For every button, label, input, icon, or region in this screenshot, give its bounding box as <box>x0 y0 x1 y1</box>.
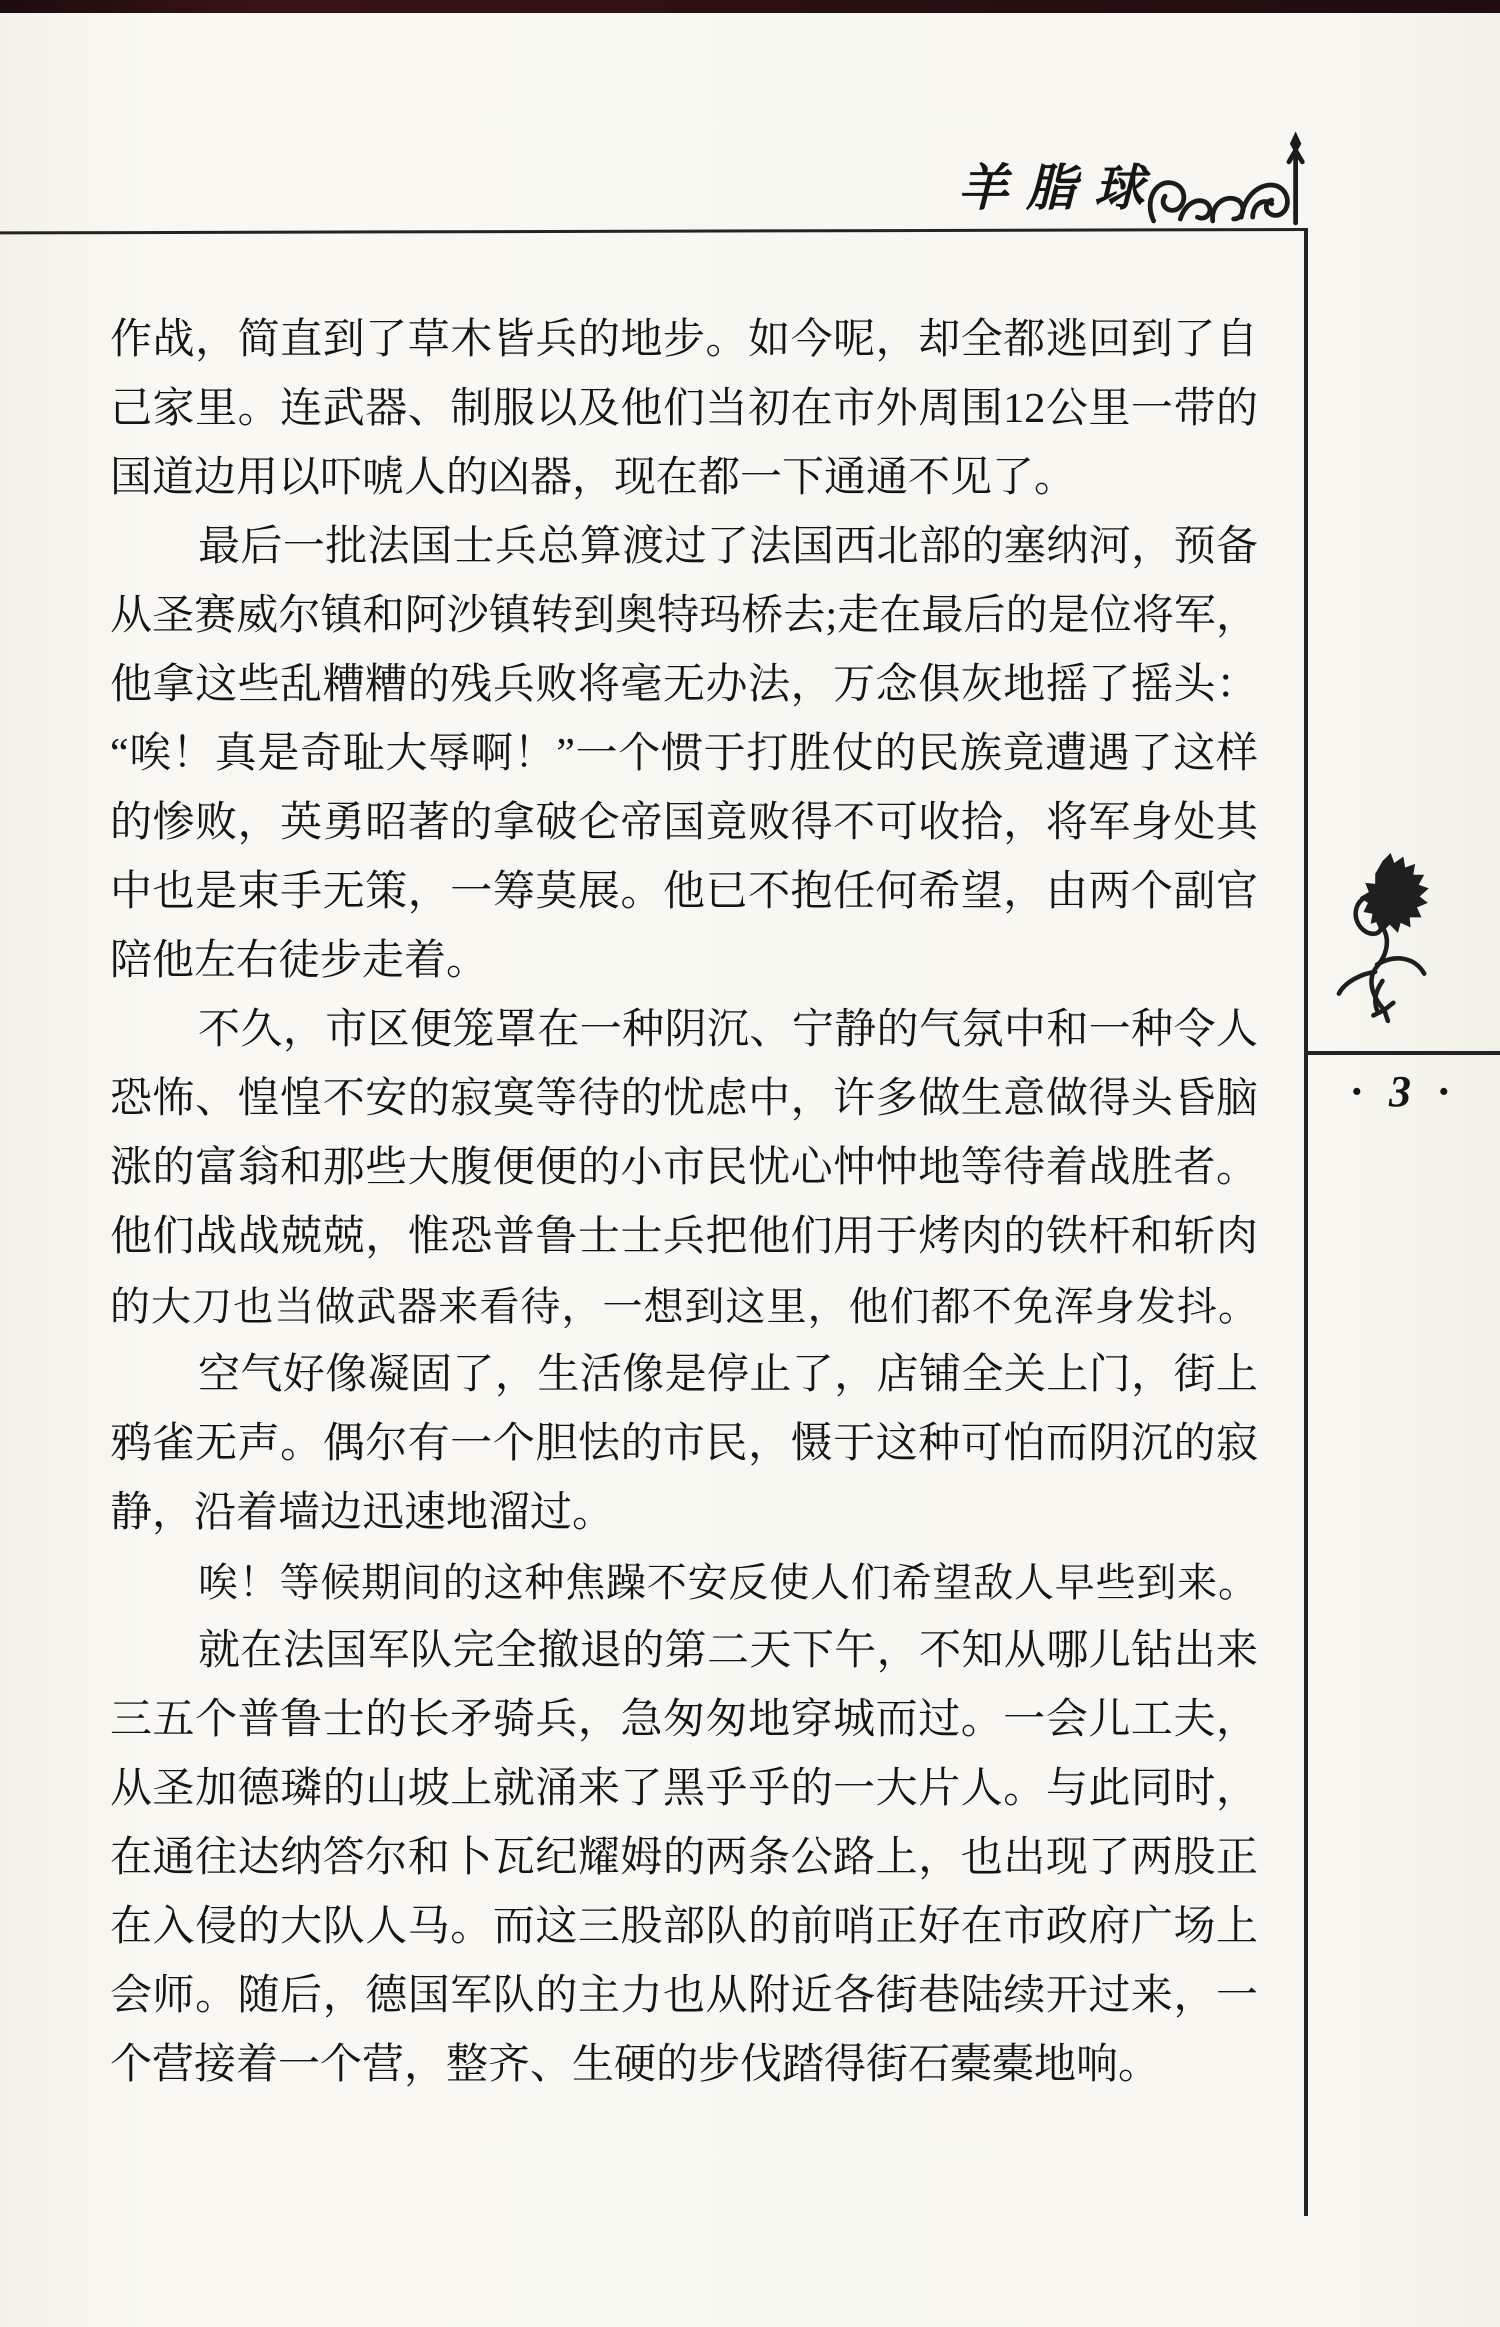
text-line: 恐怖、惶惶不安的寂寞等待的忧虑中，许多做生意做得头昏脑 <box>110 1065 1258 1134</box>
text-line: 就在法国军队完全撤退的第二天下午，不知从哪儿钻出来 <box>110 1617 1258 1686</box>
scroll-flourish-svg <box>1146 128 1308 230</box>
scanned-book-page: { "header": { "title": "羊脂球", "ornament"… <box>0 0 1500 2327</box>
text-line: 个营接着一个营，整齐、生硬的步伐踏得街石橐橐地响。 <box>110 2031 1258 2100</box>
page-number-rule <box>1304 1051 1500 1055</box>
text-line: 最后一批法国士兵总算渡过了法国西北部的塞纳河，预备 <box>110 513 1258 582</box>
text-line: 中也是束手无策，一筹莫展。他已不抱任何希望，由两个副官 <box>110 858 1258 927</box>
flower-illustration <box>1328 842 1446 1040</box>
text-line: 不久，市区便笼罩在一种阴沉、宁静的气氛中和一种令人 <box>110 996 1258 1065</box>
text-line: “唉！真是奇耻大辱啊！”一个惯于打胜仗的民族竟遭遇了这样 <box>110 720 1258 789</box>
flower-illustration-svg <box>1328 842 1446 1040</box>
text-line: 的大刀也当做武器来看待，一想到这里，他们都不免浑身发抖。 <box>110 1272 1258 1341</box>
header-rule <box>0 228 1308 234</box>
text-line: 他拿这些乱糟糟的残兵败将毫无办法，万念俱灰地摇了摇头： <box>110 651 1258 720</box>
text-line: 静，沿着墙边迅速地溜过。 <box>110 1479 1258 1548</box>
text-line: 会师。随后，德国军队的主力也从附近各街巷陆续开过来，一 <box>110 1962 1258 2031</box>
text-line: 空气好像凝固了，生活像是停止了，店铺全关上门，街上 <box>110 1341 1258 1410</box>
text-line: 陪他左右徒步走着。 <box>110 927 1258 996</box>
text-line: 涨的富翁和那些大腹便便的小市民忧心忡忡地等待着战胜者。 <box>110 1134 1258 1203</box>
text-line: 三五个普鲁士的长矛骑兵，急匆匆地穿城而过。一会儿工夫， <box>110 1686 1258 1755</box>
right-margin-rule <box>1304 228 1308 2216</box>
text-line: 在通往达纳答尔和卜瓦纪耀姆的两条公路上，也出现了两股正 <box>110 1824 1258 1893</box>
text-line: 鸦雀无声。偶尔有一个胆怯的市民，慑于这种可怕而阴沉的寂 <box>110 1410 1258 1479</box>
text-line: 在入侵的大队人马。而这三股部队的前哨正好在市政府广场上 <box>110 1893 1258 1962</box>
running-head-book-title: 羊脂球 <box>958 148 1162 220</box>
text-line: 作战，简直到了草木皆兵的地步。如今呢，却全都逃回到了自 <box>110 306 1258 375</box>
text-line: 从圣赛威尔镇和阿沙镇转到奥特玛桥去;走在最后的是位将军， <box>110 582 1258 651</box>
text-line: 从圣加德璘的山坡上就涌来了黑乎乎的一大片人。与此同时， <box>110 1755 1258 1824</box>
text-line: 唉！等候期间的这种焦躁不安反使人们希望敌人早些到来。 <box>110 1548 1258 1617</box>
scroll-flourish-ornament <box>1146 128 1308 230</box>
text-line: 己家里。连武器、制服以及他们当初在市外周围12公里一带的 <box>110 375 1258 444</box>
text-line: 国道边用以吓唬人的凶器，现在都一下通通不见了。 <box>110 444 1258 513</box>
body-text-block: 作战，简直到了草木皆兵的地步。如今呢，却全都逃回到了自 己家里。连武器、制服以及… <box>110 306 1258 2100</box>
text-line: 他们战战兢兢，惟恐普鲁士士兵把他们用于烤肉的铁杆和斩肉 <box>110 1203 1258 1272</box>
scan-top-edge-band <box>0 0 1500 13</box>
page-number: · 3 · <box>1308 1066 1500 1117</box>
text-line: 的惨败，英勇昭著的拿破仑帝国竟败得不可收拾，将军身处其 <box>110 789 1258 858</box>
